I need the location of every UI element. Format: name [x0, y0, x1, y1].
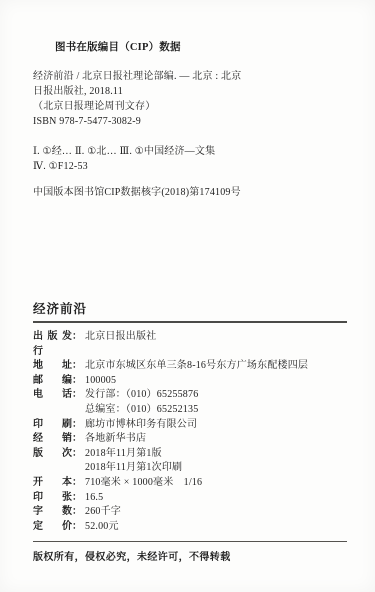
cip-section: 图书在版编目（CIP）数据 经济前沿 / 北京日报社理论部编. — 北京 : 北… — [33, 40, 347, 200]
row-colon: ： — [72, 447, 85, 462]
row-label: 出版发行 — [33, 330, 72, 359]
row-colon: ： — [72, 418, 85, 433]
row-colon: ： — [72, 476, 85, 491]
row-value: 100005 — [85, 374, 347, 389]
cip-classification-line-2: Ⅳ. ①F12-53 — [33, 159, 347, 174]
row-value: 北京日报出版社 — [85, 330, 347, 345]
row-sheets: 印张：16.5 — [33, 491, 347, 506]
copyright-notice: 版权所有，侵权必究，未经许可，不得转载 — [33, 548, 347, 563]
row-label: 印张 — [33, 491, 72, 506]
cip-entry-line-1: 经济前沿 / 北京日报社理论部编. — 北京 : 北京 — [33, 69, 347, 84]
cip-isbn: ISBN 978-7-5477-3082-9 — [33, 114, 347, 129]
row-value: 发行部：（010）65255876 — [85, 388, 347, 403]
row-value: 2018年11月第1版 — [85, 447, 347, 462]
row-value: 总编室：（010）65252135 — [85, 403, 347, 418]
row-value: 710毫米 × 1000毫米 1/16 — [85, 476, 347, 491]
row-label: 开本 — [33, 476, 72, 491]
row-colon: ： — [72, 505, 85, 520]
row-label: 版次 — [33, 447, 72, 462]
row-value: 北京市东城区东单三条8-16号东方广场东配楼四层 — [85, 359, 347, 374]
row-address: 地址：北京市东城区东单三条8-16号东方广场东配楼四层 — [33, 359, 347, 374]
cip-heading: 图书在版编目（CIP）数据 — [55, 40, 347, 55]
row-colon: ： — [72, 491, 85, 506]
row-colon: ： — [72, 388, 85, 403]
publication-info-list: 出版发行：北京日报出版社 地址：北京市东城区东单三条8-16号东方广场东配楼四层… — [33, 330, 347, 534]
cip-classification-line-1: Ⅰ. ①经… Ⅱ. ①北… Ⅲ. ①中国经济—文集 — [33, 144, 347, 159]
cip-record-number: 中国版本图书馆CIP数据核字(2018)第174109号 — [33, 185, 347, 200]
row-colon: ： — [72, 432, 85, 447]
book-colophon-page: 图书在版编目（CIP）数据 经济前沿 / 北京日报社理论部编. — 北京 : 北… — [0, 0, 375, 592]
row-value: 260千字 — [85, 505, 347, 520]
row-word-count: 字数：260千字 — [33, 505, 347, 520]
row-value: 各地新华书店 — [85, 432, 347, 447]
row-distributor: 经销：各地新华书店 — [33, 432, 347, 447]
row-value: 2018年11月第1次印刷 — [85, 461, 347, 476]
cip-entry-line-2: 日报出版社, 2018.11 — [33, 84, 347, 99]
row-postcode: 邮编：100005 — [33, 374, 347, 389]
title-divider — [33, 321, 347, 323]
cip-series-note: （北京日报理论周刊文存） — [33, 99, 347, 114]
row-phone: 电话：发行部：（010）65255876 — [33, 388, 347, 403]
row-value: 52.00元 — [85, 520, 347, 535]
row-label: 地址 — [33, 359, 72, 374]
row-price: 定价：52.00元 — [33, 520, 347, 535]
copyright-divider — [33, 541, 347, 542]
row-publisher: 出版发行：北京日报出版社 — [33, 330, 347, 359]
row-value: 廊坊市博林印务有限公司 — [85, 418, 347, 433]
row-printer: 印刷：廊坊市博林印务有限公司 — [33, 418, 347, 433]
row-label: 经销 — [33, 432, 72, 447]
row-format: 开本：710毫米 × 1000毫米 1/16 — [33, 476, 347, 491]
row-label: 印刷 — [33, 418, 72, 433]
row-label: 电话 — [33, 388, 72, 403]
row-label: 定价 — [33, 520, 72, 535]
colophon-section: 经济前沿 出版发行：北京日报出版社 地址：北京市东城区东单三条8-16号东方广场… — [33, 300, 347, 563]
row-colon: ： — [72, 520, 85, 535]
row-value: 16.5 — [85, 491, 347, 506]
row-edition: 版次：2018年11月第1版 — [33, 447, 347, 462]
row-colon: ： — [72, 374, 85, 389]
row-colon: ： — [72, 359, 85, 374]
row-phone-continuation: 总编室：（010）65252135 — [33, 403, 347, 418]
row-colon: ： — [72, 330, 85, 345]
book-title: 经济前沿 — [33, 300, 347, 318]
row-label: 邮编 — [33, 374, 72, 389]
row-edition-continuation: 2018年11月第1次印刷 — [33, 461, 347, 476]
row-label: 字数 — [33, 505, 72, 520]
